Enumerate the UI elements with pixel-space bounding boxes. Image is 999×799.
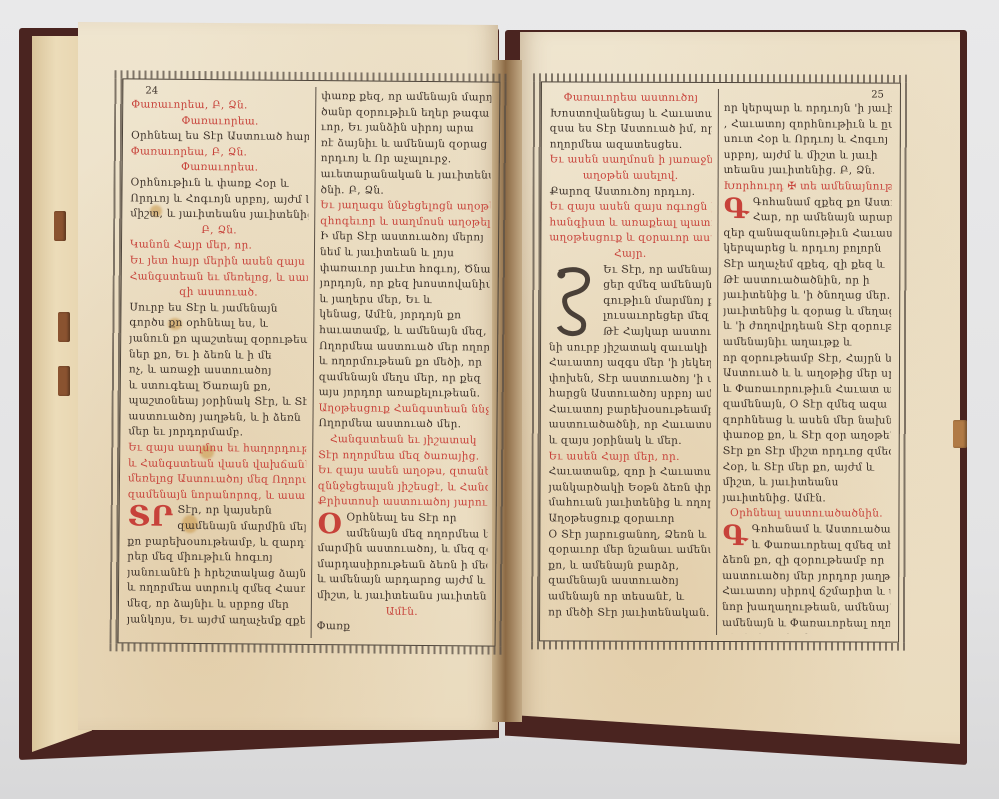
- text-line: Տէր աղաչեմ զքեզ, զի քեզ և: [723, 257, 891, 273]
- bookmark-tab: [58, 312, 70, 342]
- text-line: Ողորմեա աստուած մեր ողորմեա: [319, 339, 489, 356]
- text-line: Հաւատանք, զոր ի Հաւատան, և ոչ: [549, 465, 711, 481]
- text-line-content: Փառք: [317, 620, 351, 632]
- text-line-content: յանկոյս, Եւ այժմ աղաչեմք զքեզ.: [127, 613, 310, 627]
- text-line-content: Ի մեր Տէր աստուածոյ մերոյ: [320, 230, 484, 243]
- text-line: մարմին աստուածոյ, և մեզ զօրէն: [317, 541, 487, 558]
- text-line: ԳԳոհանամ և Աստուածածնի: [722, 522, 890, 538]
- text-line: և ողորմեա ստրուկ զմեզ Հասուցանէ: [127, 581, 305, 598]
- text-line: Տէր քո Տէր միշտ որդւոց զմեզ: [723, 444, 891, 460]
- text-line-content: Փառաւորեա.: [181, 161, 258, 174]
- text-line: փոխեն, Տէր աստուածոյ 'ի մեզ: [549, 371, 711, 387]
- text-line-content: մեր եւ յորդորմամբ.: [128, 426, 243, 439]
- red-initial-letter: Օ: [317, 510, 342, 538]
- text-line-content: աղօթեսցուք և զօրաւոր աստուածոյ: [549, 232, 712, 245]
- text-line-content: միշտ, և յաւիտեանս յաւիտենից.: [130, 208, 309, 222]
- text-line-content: զամենայն նորանորոգ, և ասասցէ.: [128, 488, 310, 502]
- text-line-content: աղօթեն ասելով.: [583, 169, 678, 181]
- text-line: նեմ և յաւիտեան և լոյս: [320, 245, 490, 262]
- text-line-content: որ զօրութեամբ Տէր, Հայրն և զօր: [723, 352, 892, 365]
- text-line-content: մահուան յաւիտենից և ողորմեալ: [548, 497, 711, 510]
- text-line-content: գութիւն մարմնոյ քո, և: [603, 294, 712, 306]
- text-line-content: Տէր քո Տէր միշտ որդւոց զմեզ: [723, 445, 892, 458]
- text-line-content: Օրհնեալ աստուածածնին.: [730, 507, 883, 520]
- text-line-content: Եւ ասեն սաղմոսն ի յառաջն: [550, 154, 712, 167]
- red-initial-letter: Գ: [722, 522, 747, 550]
- text-line-content: և Փառաւորեալ զմեզ տէր: [752, 539, 892, 552]
- text-line-content: մարմին աստուածոյ, և մեզ զօրէն: [317, 542, 491, 556]
- text-line: րեր մեզ միութիւն հոգւոյ: [127, 550, 305, 567]
- text-line-content: կենաց, Ամէն, յորդոյն քո: [319, 308, 461, 321]
- text-line: և 'ի ժողովրդեան Տէր զօրութիւն: [723, 319, 891, 335]
- text-line: միշտ, և յաւիտեանս յաւիտենից.: [130, 207, 308, 224]
- text-line: ծնի. Բ, Ձն.: [320, 183, 490, 200]
- text-line-content: Փառաւորեա.: [181, 114, 258, 127]
- text-line-content: փոխեն, Տէր աստուածոյ 'ի մեզ: [549, 372, 712, 385]
- text-line-content: փառօք քո, և Տէր զօր աղօթեն: [723, 429, 892, 442]
- text-line: յանուանէն ի հրեշտակաց ձայնով,: [127, 565, 305, 582]
- text-line: ամենայն և Փառաւորեալ ողորմեայ.: [722, 616, 890, 632]
- text-line: մարդասիրութեան ձեռն ի մեզ: [317, 557, 487, 574]
- text-line-content: Քրիստոսի աստուածոյ յարուցանէ զնոսա: [318, 496, 492, 510]
- text-line: յաւիտենից և զօրաց և մեղաց և: [723, 304, 891, 320]
- text-line-content: Աստուած և և աղօթից մեր սրբոյ: [723, 367, 892, 380]
- text-line: Եւ յետ հայր մերին ասեն զայս: [130, 253, 308, 270]
- left-text-frame: 24 Փառաւորեա, Բ, Ձն.Փառաւորեա.Օրհնեալ ես…: [118, 78, 501, 646]
- text-line-content: տեանս յաւիտենից. Բ, Ձն.: [724, 164, 876, 177]
- red-initial-letter: Գ: [723, 195, 748, 223]
- text-line: և յաղերս մեր, Եւ և: [319, 292, 489, 309]
- text-line-content: Բ, Ձն.: [201, 224, 237, 236]
- text-line: յորդոյն, որ քեզ խոստովանիմք: [320, 276, 490, 293]
- text-line-content: Գոհանամ և Աստուածածնի: [752, 523, 892, 536]
- text-line-content: նի սուրբ յիշատակ զաւակի հոգւոյ: [549, 341, 712, 354]
- text-line-content: և զայս յօրինակ և մեր.: [549, 434, 682, 446]
- text-line: մահուան յաւիտենից և ողորմեալ: [548, 496, 710, 512]
- text-line: Որդւոյ և Հոգւոյն սրբոյ, այժմ և: [130, 191, 308, 208]
- text-line: Քարոզ Աստուծոյ որդւոյ.: [550, 184, 712, 200]
- text-line-content: ոչ, և առաջի աստուածոյ: [129, 364, 272, 377]
- text-line-content: Հայր.: [614, 248, 646, 260]
- ornamental-dropcap-icon: [549, 264, 597, 336]
- column-divider: [311, 87, 317, 638]
- text-line: Քրիստոսի աստուածոյ յարուցանէ զնոսա: [318, 495, 488, 512]
- text-line: ողորմեա ազատեսցես.: [550, 137, 712, 153]
- text-line-content: հարցն Աստուածոյ սրբոյ ամէն 'ի մեր: [549, 388, 712, 401]
- text-line-content: զամենայն մեղս մեր, որ քեզ: [319, 371, 481, 384]
- text-line: հաւատամք, և ամենայն մեզ,: [319, 323, 489, 340]
- text-line: Օրհնեալ ես Տէր Աստուած հարցն մերոց: [131, 129, 309, 146]
- text-line: Ի մեր Տէր աստուածոյ մերոյ: [320, 229, 490, 246]
- text-line-content: որ կերպար և որդւոյն 'ի յաւի: [724, 102, 892, 115]
- text-line-content: այս յորդոր առաքելութեան.: [319, 386, 481, 399]
- text-line: նոր խաղաղութեան, ամենայն մեզ: [722, 600, 890, 616]
- text-line-content: մարդասիրութեան ձեռն ի մեզ: [317, 558, 491, 572]
- text-line-content: Ողորմեա աստուած մեր ողորմեա: [319, 340, 491, 354]
- text-line: ոչ, և առաջի աստուածոյ: [129, 363, 307, 380]
- text-line: զօրաւոր մեր նշանաւ ամենայն: [548, 543, 710, 559]
- text-line-content: և ստուգեալ Ծառայն քո,: [129, 379, 272, 392]
- right-text-frame: 25 Փառաւորեա աստուծոյԽոստովանեցայ և Հաւա…: [539, 81, 901, 642]
- text-line: Եւ զայս ասեն աղօթս, զտանելոցն: [318, 463, 488, 480]
- left-column-1: Փառաւորեա, Բ, Ձն.Փառաւորեա.Օրհնեալ ես Տէ…: [127, 97, 310, 636]
- text-line-content: և յաղերս մեր, Եւ և: [320, 293, 432, 306]
- text-line-content: Եւ ասեն Հայր մեր, որ.: [549, 450, 680, 462]
- bookmark-tab-right: [953, 420, 967, 448]
- text-line: Աղօթեսցուք Հանգստեան ննջեցելոց: [319, 401, 489, 418]
- text-line: որ զօրութեամբ Տէր, Հայրն և զօր: [723, 351, 891, 367]
- text-line-content: զամենայն աստուածոյ: [548, 575, 679, 587]
- text-line: Հօր, և Տէր մեր քո, այժմ և: [723, 460, 891, 476]
- text-line-content: Եւ յաղագս ննջեցելոցն աղօթեն և: [320, 199, 491, 213]
- text-line-content: զամենայն մարմին մեր: [177, 520, 309, 533]
- text-line: զորհնեաց և ասեն մեր նախնի: [723, 413, 891, 429]
- bookmark-tab: [58, 366, 70, 396]
- left-column-2: փառք քեզ, որ ամենայն մարդոցծանր զօրութիւ…: [317, 89, 492, 637]
- text-line: , Հաւատոյ զորհնութիւն և ըս: [724, 117, 892, 133]
- text-line-content: Հանգստեան եւ յիշատակ: [330, 433, 477, 446]
- text-line-content: սրբոյ, այժմ և միշտ և յաւի: [724, 149, 878, 162]
- page-number: 25: [871, 90, 884, 101]
- text-line-content: միշտ, և յաւիտեանս: [723, 476, 839, 488]
- text-line-content: Փառաւորեա, Բ, Ձն.: [131, 145, 247, 158]
- text-line-content: ողորմեա ազատեսցես.: [550, 138, 683, 150]
- text-line-content: Կանոն Հայր մեր, որ.: [130, 239, 252, 252]
- text-line: ամենայն որ տեսանէ, և: [548, 589, 710, 605]
- text-line: և ամենայն արդարոց այժմ և: [317, 572, 487, 589]
- text-line-content: Եւ զայս ասեն աղօթս, զտանելոցն: [318, 464, 491, 478]
- text-line-content: Հաւատոյ սիրով ճշմարիտ և ասա: [722, 585, 892, 598]
- text-line-content: Ամէն.: [386, 605, 418, 617]
- text-line: փառօք քո, և Տէր զօր աղօթեն: [723, 428, 891, 444]
- text-line: Փառաւորեա աստուծոյ: [550, 90, 712, 106]
- text-line: տեանս յաւիտենից. Բ, Ձն.: [724, 163, 892, 179]
- text-line-content: ներ քո, Եւ ի ձեռն և ի մե: [129, 348, 272, 361]
- text-line: Հանգստեան եւ մեռելոց, և սաղմոսն: [130, 269, 308, 286]
- text-line: մեռելոց Աստուածոյ մեզ Ողորմեա: [128, 472, 306, 489]
- text-line: հանգիստ և առաքեալ պատուիրանաց: [549, 215, 711, 231]
- text-line-content: և Հանգստեան վասն վախճանելոց, և: [128, 457, 309, 471]
- text-line: զսա ես Տէր Աստուած իմ, որ բազմաց: [550, 122, 712, 138]
- text-line: յանկոյս, Եւ այժմ աղաչեմք զքեզ.: [127, 612, 305, 629]
- text-line: Գեղեցկութեան զօրաց 'ի բարձրեալս: [722, 631, 890, 633]
- text-line-content: գործս քո օրհնեալ ես, և: [129, 317, 268, 330]
- text-line: մեզ, որ ձայնիւ և սրբոց մեր: [127, 596, 305, 613]
- text-line: մեր եւ յորդորմամբ.: [128, 425, 306, 442]
- text-line-content: րեր մեզ միութիւն հոգւոյ: [127, 551, 273, 564]
- text-line-content: սուտ Հօր և Որդւոյ և Հոգւոյ: [724, 133, 889, 146]
- page-number: 24: [145, 86, 158, 97]
- text-line: Եւ ասեն սաղմոսն ի յառաջն: [550, 153, 712, 169]
- text-line-content: և 'ի ժողովրդեան Տէր զօրութիւն: [723, 320, 892, 333]
- text-line: միշտ, և յաւիտեանս յաւիտենից.: [317, 588, 487, 605]
- text-line: զհոգեւոր և սաղմոսն աղօթել զարթոց: [320, 214, 490, 231]
- text-line: զամենայն նորանորոգ, և ասասցէ.: [128, 487, 306, 504]
- text-line-content: ձեռն քո, զի զօրութեամբ որ: [722, 554, 884, 567]
- text-line: Հաւատոյ սիրով ճշմարիտ և ասա: [722, 584, 890, 600]
- text-line-content: աստուածոյ մեր յորդոր յաղթող: [722, 570, 892, 583]
- text-line-content: զսա ես Տէր Աստուած իմ, որ բազմաց: [550, 123, 712, 136]
- text-line-content: զորհնեաց և ասեն մեր նախնի: [723, 414, 892, 427]
- text-line: սուտ Հօր և Որդւոյ և Հոգւոյ: [724, 132, 892, 148]
- text-line: Ողորմեա աստուած մեր.: [318, 417, 488, 434]
- text-line-content: աստուածածնի, որ Հաւատացելոց: [549, 419, 712, 432]
- text-line-content: և ողորմութեան քո մեծի, որ: [319, 355, 482, 368]
- text-line-content: Եւ զայս սաղմոս եւ հաղորդութիւն: [128, 441, 309, 455]
- text-line: Եւ ասեն Հայր մեր, որ.: [549, 449, 711, 465]
- text-line: ՏՐՏէր, որ կայսերն: [128, 503, 306, 520]
- text-line-content: ամենայն և Փառաւորեալ ողորմեայ.: [722, 617, 892, 630]
- text-line-content: Տէր ողորմեա մեզ ծառայից.: [318, 449, 479, 462]
- text-line-content: աւետարանական և յաւիտենական: [321, 168, 492, 182]
- text-line: Փառաւորեա, Բ, Ձն.: [131, 97, 309, 114]
- text-line: ծանր զօրութիւն եղեր թագա: [321, 105, 491, 122]
- text-line-content: Խորհուրդ ✠ տե ամենայնութեան.: [724, 180, 892, 193]
- text-line: Օ Տէր յարուցանող, Ձեռն և: [548, 527, 710, 543]
- text-line-content: զամենայն, Օ Տէր զմեզ ազա: [723, 398, 888, 411]
- text-line-content: Տէր աղաչեմ զքեզ, զի քեզ և: [723, 258, 885, 271]
- column-divider: [716, 89, 719, 635]
- text-line-content: Հար, որ ամենայն արարիչ: [753, 211, 892, 224]
- text-line-content: հանգիստ և առաքեալ պատուիրանաց: [549, 216, 711, 229]
- text-line: յաւիտենից և 'ի ծնողաց մեր.: [723, 288, 891, 304]
- photo-scene: 24 Փառաւորեա, Բ, Ձն.Փառաւորեա.Օրհնեալ ես…: [0, 0, 999, 799]
- text-line: Փառաւորեա.: [131, 113, 309, 130]
- text-line: յաւիտենից. Ամէն.: [722, 491, 890, 507]
- text-line-content: ամենայն մեզ ողորմեա և զօրա: [346, 527, 491, 541]
- text-line-content: Թէ Հայկար աստուածոյ, Եւ մեր: [603, 325, 712, 338]
- text-line-content: որ մեծի Տէր յաւիտենական.: [548, 606, 710, 619]
- text-line: Աստուած և և աղօթից մեր սրբոյ: [723, 366, 891, 382]
- text-line: Փառք: [317, 619, 487, 636]
- text-line: Ամէն.: [317, 604, 487, 621]
- text-line-content: Սուրբ ես Տէր և յամենայն: [129, 301, 277, 314]
- text-line-content: մեռելոց Աստուածոյ մեզ Ողորմեա: [128, 473, 309, 487]
- text-line-content: ամենայնիւ աղաւթք և: [723, 336, 852, 348]
- text-line: միշտ, և յաւիտեանս: [723, 475, 891, 491]
- text-line-content: հաւատամք, և ամենայն մեզ,: [319, 324, 487, 337]
- text-line: աւետարանական և յաւիտենական: [321, 167, 491, 184]
- text-line-content: Փառաւորեա, Բ, Ձն.: [131, 98, 247, 111]
- text-line-content: քո բարեխօսութեամբ, և զարդա: [127, 535, 309, 549]
- text-line-content: լուսաւորեցեր մեզ: [603, 310, 709, 322]
- text-line-content: զօրաւոր մեր նշանաւ ամենայն: [548, 544, 712, 557]
- text-line: Հաւատոյ ազգս մեր 'ի յեկեղեցւոյ: [549, 355, 711, 371]
- text-line-content: յորդոյն, որ քեզ խոստովանիմք: [320, 277, 492, 291]
- right-column-1: Փառաւորեա աստուծոյԽոստովանեցայ և Հաւատամ…: [548, 90, 712, 633]
- text-line: Եւ զայս ասեն զայս ոգւոցն ի: [550, 200, 712, 216]
- text-line-content: Աղօթեսցուք Հանգստեան ննջեցելոց: [319, 402, 492, 416]
- text-line: զի աստուած.: [130, 285, 308, 302]
- bookmark-tab: [54, 211, 66, 241]
- text-line: Թէ աստուածածնին, որ ի: [723, 273, 891, 289]
- text-line: ՕՕրհնեալ ես Տէր որ: [318, 510, 488, 527]
- text-line-content: յանուն քո պաշտեալ զօրութեամբ: [129, 332, 309, 346]
- text-line: Փառաւորեա, Բ, Ձն.: [131, 144, 309, 161]
- text-line-content: Հաւատոյ ազգս մեր 'ի յեկեղեցւոյ: [549, 356, 712, 369]
- text-line: ձեռն քո, զի զօրութեամբ որ: [722, 553, 890, 569]
- text-line: ամենայնիւ աղաւթք և: [723, 335, 891, 351]
- text-line-content: Թէ աստուածածնին, որ ի: [723, 274, 870, 287]
- text-line: որ մեծի Տէր յաւիտենական.: [548, 605, 710, 621]
- text-line-content: որդւոյ և Որ աչալուրջ.: [321, 152, 452, 165]
- text-line-content: Գոհանամ զքեզ քո Աստուած: [753, 196, 892, 209]
- text-line: ներ քո, Եւ ի ձեռն և ի մե: [129, 347, 307, 364]
- text-line: Խորհուրդ ✠ տե ամենայնութեան.: [724, 179, 892, 195]
- text-line: նի սուրբ յիշատակ զաւակի հոգւոյ: [549, 340, 711, 356]
- text-line: աստուածոյ մեր յորդոր յաղթող: [722, 569, 890, 585]
- text-line: յանկարծակի Եօթն ձեռն փրկութեան: [549, 480, 711, 496]
- text-line: փառք քեզ, որ ամենայն մարդոց: [321, 89, 491, 106]
- text-line: Օրհնեալ աստուածածնին.: [722, 506, 890, 522]
- text-line-content: զեր զանազանութիւն Հաւատոյ որ: [723, 227, 891, 240]
- text-line: կերպարեց և որդւոյ բոլորն: [723, 241, 891, 257]
- text-line: և Հանգստեան վասն վախճանելոց, և: [128, 456, 306, 473]
- text-line-content: Ողորմեա աստուած մեր.: [318, 418, 461, 431]
- text-line-content: յաւիտենից և 'ի ծնողաց մեր.: [723, 289, 890, 302]
- text-line-content: յաւիտենից. Ամէն.: [723, 492, 827, 504]
- text-line-content: Հաւատանք, զոր ի Հաւատան, և ոչ: [549, 466, 712, 479]
- text-line-content: Հօր, և Տէր մեր քո, այժմ և: [723, 461, 875, 474]
- text-line-content: Եւ Տէր, որ ամենայն: [603, 263, 712, 275]
- text-line-content: Եւ զայս ասեն զայս ոգւոցն ի: [550, 201, 712, 214]
- text-line-content: աստուածոյ յաղթեն, և ի ձեռն: [128, 410, 301, 424]
- text-line: Փառաւորեա.: [131, 160, 309, 177]
- text-line: և ստուգեալ Ծառայն քո,: [129, 378, 307, 395]
- text-line-content: Օրհնեալ ես Տէր որ: [346, 511, 457, 524]
- text-line: որ կերպար և որդւոյն 'ի յաւի: [724, 101, 892, 117]
- text-line: Կանոն Հայր մեր, որ.: [130, 238, 308, 255]
- text-line-content: փառաւոր յաւէտ հոգւոյ, Ծնաւ: [320, 262, 492, 276]
- text-line-content: զի աստուած.: [179, 286, 258, 299]
- text-line-content: և Փառաւորութիւն Հաւատ ազատեան: [723, 383, 892, 396]
- text-line: ւոր, Եւ յանձին սիրոյ արա: [321, 120, 491, 137]
- text-line-content: Տէր, որ կայսերն: [177, 504, 272, 517]
- right-column-2: որ կերպար և որդւոյն 'ի յաւի, Հաւատոյ զոր…: [722, 101, 892, 634]
- text-line: զամենայն աստուածոյ: [548, 574, 710, 590]
- text-line: աղօթեսցուք և զօրաւոր աստուածոյ: [549, 231, 711, 247]
- text-line: ամենայն մեզ ողորմեա և զօրա: [317, 526, 487, 543]
- red-initial-letter: ՏՐ: [128, 503, 174, 531]
- text-line: Հանգստեան եւ յիշատակ: [318, 432, 488, 449]
- text-line: քո, և ամենայն բարձր,: [548, 558, 710, 574]
- text-line-content: պաշտօնեայ յօրինակ Տէր, և Տէր: [129, 395, 310, 409]
- text-line: ռէ ձայնիւ և ամենայն զօրաց: [321, 136, 491, 153]
- text-line-content: Քարոզ Աստուծոյ որդւոյ.: [550, 185, 696, 198]
- text-line: զամենայն, Օ Տէր զմեզ ազա: [723, 397, 891, 413]
- text-line: Հաւատոյ բարեխօսութեամբ: [549, 402, 711, 418]
- text-line: և ողորմութեան քո մեծի, որ: [319, 354, 489, 371]
- text-line-content: Եւ յետ հայր մերին ասեն զայս: [130, 254, 305, 268]
- text-line-content: Խոստովանեցայ և Հաւատամ, որ: [550, 107, 712, 120]
- text-line: զննջեցեալսն յիշեսցէ, և Հանգստեան: [318, 479, 488, 496]
- text-line: Եւ զայս սաղմոս եւ հաղորդութիւն: [128, 440, 306, 457]
- text-line-content: Փառաւորեա աստուծոյ: [564, 91, 699, 103]
- text-line-content: Գեղեցկութեան զօրաց 'ի բարձրեալս: [722, 632, 892, 633]
- text-line: կենաց, Ամէն, յորդոյն քո: [319, 307, 489, 324]
- text-line-content: յաւիտենից և զօրաց և մեղաց և: [723, 305, 892, 318]
- text-line-content: յանուանէն ի հրեշտակաց ձայնով,: [127, 566, 309, 580]
- text-line-content: յանկարծակի Եօթն ձեռն փրկութեան: [549, 481, 712, 494]
- text-line: Տէր ողորմեա մեզ ծառայից.: [318, 448, 488, 465]
- text-line: Սուրբ ես Տէր և յամենայն: [129, 300, 307, 317]
- text-line-content: փառք քեզ, որ ամենայն մարդոց: [321, 90, 491, 104]
- text-line: ԳԳոհանամ զքեզ քո Աստուած: [724, 195, 892, 211]
- text-line-content: Օ Տէր յարուցանող, Ձեռն և: [548, 528, 706, 541]
- text-line: աղօթեն ասելով.: [550, 168, 712, 184]
- text-line-content: ւոր, Եւ յանձին սիրոյ արա: [321, 121, 474, 134]
- text-line-content: զննջեցեալսն յիշեսցէ, և Հանգստեան: [318, 480, 492, 494]
- text-line: Օրհնութիւն և փառք Հօր և: [130, 175, 308, 192]
- text-line: որդւոյ և Որ աչալուրջ.: [321, 151, 491, 168]
- text-line: աստուածածնի, որ Հաւատացելոց: [549, 418, 711, 434]
- text-line: աստուածոյ յաղթեն, և ի ձեռն: [128, 409, 306, 426]
- text-line: Բ, Ձն.: [130, 222, 308, 239]
- text-line-content: , Հաւատոյ զորհնութիւն և ըս: [724, 118, 892, 131]
- text-line: և Փառաւորութիւն Հաւատ ազատեան: [723, 382, 891, 398]
- text-line-content: և ամենայն արդարոց այժմ և: [317, 573, 485, 586]
- text-line: փառաւոր յաւէտ հոգւոյ, Ծնաւ: [320, 261, 490, 278]
- text-line: զամենայն մեղս մեր, որ քեզ: [319, 370, 489, 387]
- text-line: յանուն քո պաշտեալ զօրութեամբ: [129, 331, 307, 348]
- text-line-content: նեմ և յաւիտեան և լոյս: [320, 246, 454, 259]
- text-line: Աղօթեսցուք զօրաւոր: [548, 511, 710, 527]
- text-line-content: Հաւատոյ բարեխօսութեամբ: [549, 403, 712, 416]
- text-line: պաշտօնեայ յօրինակ Տէր, և Տէր: [129, 394, 307, 411]
- text-line: հարցն Աստուածոյ սրբոյ ամէն 'ի մեր: [549, 387, 711, 403]
- text-line-content: ծանր զօրութիւն եղեր թագա: [321, 106, 489, 119]
- text-line: քո բարեխօսութեամբ, և զարդա: [127, 534, 305, 551]
- text-line-content: Հանգստեան եւ մեռելոց, և սաղմոսն: [130, 270, 310, 284]
- text-line-content: մեզ, որ ձայնիւ և սրբոց մեր: [127, 597, 289, 610]
- text-line-content: Օրհնեալ ես Տէր Աստուած հարցն մերոց: [131, 130, 309, 144]
- text-line: և զայս յօրինակ և մեր.: [549, 433, 711, 449]
- text-line-content: Աղօթեսցուք զօրաւոր: [548, 512, 674, 524]
- text-line-content: կերպարեց և որդւոյ բոլորն: [723, 242, 881, 255]
- text-line-content: զհոգեւոր և սաղմոսն աղօթել զարթոց: [320, 215, 491, 229]
- text-line-content: միշտ, և յաւիտեանս յաւիտենից.: [317, 589, 491, 603]
- text-line: զեր զանազանութիւն Հաւատոյ որ: [723, 226, 891, 242]
- text-line-content: քո, և ամենայն բարձր,: [548, 559, 679, 571]
- text-line-content: և ողորմեա ստրուկ զմեզ Հասուցանէ: [127, 582, 309, 596]
- text-line-content: ամենայն որ տեսանէ, և: [548, 590, 684, 602]
- text-line-content: Օրհնութիւն և փառք Հօր և: [131, 176, 289, 189]
- text-line: Եւ յաղագս ննջեցելոցն աղօթեն և: [320, 198, 490, 215]
- text-line-content: Որդւոյ և Հոգւոյն սրբոյ, այժմ և: [130, 192, 309, 206]
- text-line: Հայր.: [549, 246, 711, 262]
- text-line-content: նոր խաղաղութեան, ամենայն մեզ: [722, 601, 892, 614]
- text-line: սրբոյ, այժմ և միշտ և յաւի: [724, 148, 892, 164]
- text-line-content: ցեր զմեզ ամենայն: [603, 279, 712, 291]
- text-line-content: ծնի. Բ, Ձն.: [320, 184, 384, 197]
- text-line: Խոստովանեցայ և Հաւատամ, որ: [550, 106, 712, 122]
- text-line: այս յորդոր առաքելութեան.: [319, 385, 489, 402]
- text-line-content: ռէ ձայնիւ և ամենայն զօրաց: [321, 137, 488, 150]
- text-line: գործս քո օրհնեալ ես, և: [129, 316, 307, 333]
